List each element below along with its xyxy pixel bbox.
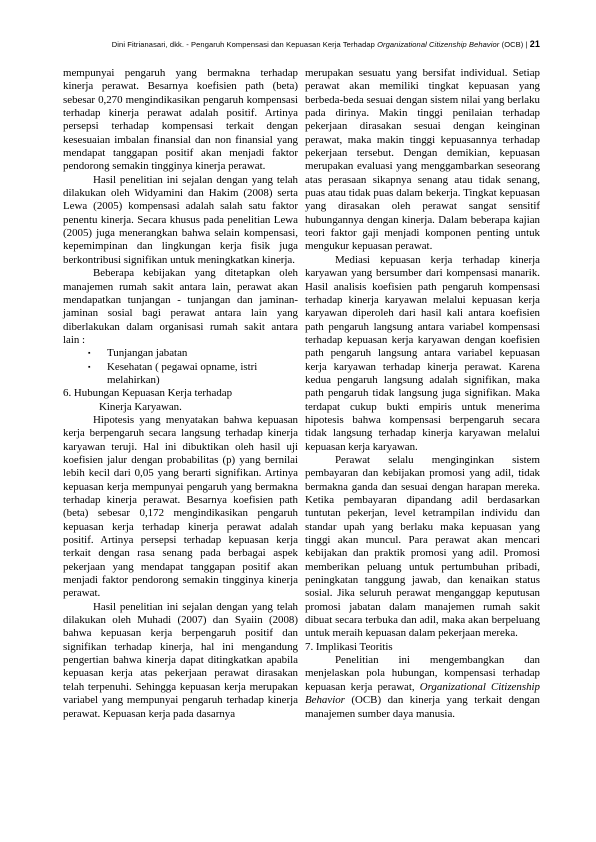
- paragraph: Mediasi kepuasan kerja terhadap kinerja …: [305, 254, 540, 454]
- two-column-body: mempunyai pengaruh yang bermakna terhada…: [63, 67, 540, 721]
- paragraph: Perawat selalu menginginkan sistem pemba…: [305, 454, 540, 641]
- paragraph: Hasil penelitian ini sejalan dengan yang…: [63, 174, 298, 267]
- square-bullet-icon: ▪: [88, 347, 90, 360]
- right-column: merupakan sesuatu yang bersifat individu…: [305, 67, 540, 721]
- section-heading-6: 6. Hubungan Kepuasan Kerja terhadap Kine…: [63, 387, 298, 414]
- list-item-label: Tunjangan jabatan: [107, 347, 187, 359]
- square-bullet-icon: ▪: [88, 361, 90, 374]
- list-item: ▪ Tunjangan jabatan: [63, 347, 298, 360]
- running-head-text: Dini Fitrianasari, dkk. - Pengaruh Kompe…: [112, 40, 377, 49]
- paragraph: Penelitian ini mengembangkan dan menjela…: [305, 654, 540, 721]
- section-heading-line: 6. Hubungan Kepuasan Kerja terhadap: [63, 387, 298, 400]
- running-head-suffix: (OCB) |: [499, 40, 529, 49]
- section-heading-7: 7. Implikasi Teoritis: [305, 641, 540, 654]
- section-heading-line: Kinerja Karyawan.: [99, 401, 298, 414]
- running-head: Dini Fitrianasari, dkk. - Pengaruh Kompe…: [63, 39, 540, 49]
- list-item-label: Kesehatan ( pegawai opname, istri melahi…: [107, 361, 257, 386]
- page-number: 21: [530, 39, 540, 49]
- paper-page: Dini Fitrianasari, dkk. - Pengaruh Kompe…: [0, 0, 596, 842]
- running-head-italic-title: Organizational Citizenship Behavior: [377, 40, 499, 49]
- paragraph: Beberapa kebijakan yang ditetapkan oleh …: [63, 267, 298, 347]
- list-item: ▪ Kesehatan ( pegawai opname, istri mela…: [63, 361, 298, 388]
- left-column: mempunyai pengaruh yang bermakna terhada…: [63, 67, 298, 721]
- paragraph: merupakan sesuatu yang bersifat individu…: [305, 67, 540, 254]
- paragraph: Hipotesis yang menyatakan bahwa kepuasan…: [63, 414, 298, 601]
- paragraph: Hasil penelitian ini sejalan dengan yang…: [63, 601, 298, 721]
- paragraph: mempunyai pengaruh yang bermakna terhada…: [63, 67, 298, 174]
